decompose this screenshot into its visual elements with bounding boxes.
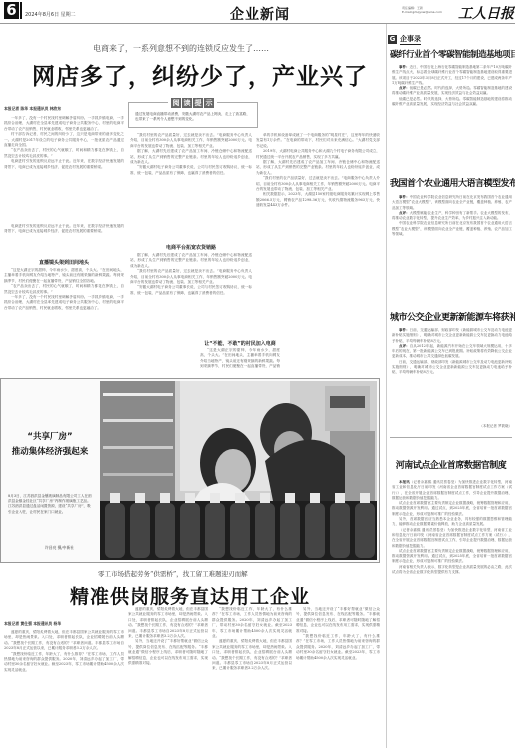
lead-headline: 网店多了，纠纷少了，产业兴了 bbox=[32, 58, 368, 91]
paragraph: 相关数据显示，2023年，大湖县150家村级电商服务站累计实现网上零售额2066… bbox=[256, 192, 380, 208]
paragraph: 日前，交通运输部、财政部印发《新能源城市公交车及动力电池更新补贴实施细则》，明确… bbox=[392, 360, 512, 376]
paragraph: 另外，首席数据官应当熟悉本企业业务，具有较强的数据思维和管理能力，能够推动企业数… bbox=[392, 517, 512, 528]
paragraph: 据了解，大湖村先后建成了农产品加工车间、冷链仓储中心和物流配送站，形成了从生产到… bbox=[256, 160, 380, 176]
second-column-4: 另外，当地还开设了“丰都好帮就业”微信公众号，提供岗位信息发布、在线匹配等服务。… bbox=[296, 607, 380, 748]
paragraph: 村干部告诉记者，村民之间的纠纷少了，这只是电商带来的诸多变化之一。大湖村是201… bbox=[4, 132, 124, 148]
paragraph: 电商进村引发的连锁反应远不止于此。近年来，在数字经济快速发展的背景下，电商已成为… bbox=[4, 159, 124, 170]
paragraph: “我们村里的农产品质量好，过去就是卖不出去。”电商服务中心负责人介绍，目前全村有… bbox=[130, 269, 252, 285]
second-column-1: 盛夏的重庆，骄阳炙烤着大地，但在丰都县国家公共就业服务的零工市场里，却是热闹景象… bbox=[4, 630, 124, 748]
lead-subhead-4: 让“不能、不敢”的村民加入电商 bbox=[200, 340, 280, 347]
paragraph: 另外，当地还开设了“丰都好帮就业”微信公众号，提供岗位信息发布、在线匹配等服务。… bbox=[296, 607, 380, 634]
paragraph: “我们村里的农产品质量好，过去就是卖不出去。”电商服务中心负责人介绍，目前全村有… bbox=[256, 176, 380, 192]
lead-subhead-2: 电商平台拓宽农货销路 bbox=[130, 244, 252, 251]
header-bar-divider bbox=[20, 2, 22, 19]
paragraph: 盛夏的重庆，骄阳炙烤着大地，但在丰都县国家公共就业服务的零工市场里，却是热闹景象… bbox=[212, 639, 292, 671]
header-rule bbox=[0, 23, 515, 24]
guide-char: 提 bbox=[193, 98, 203, 108]
paragraph: 低碳已是必然。时代的选择，大势所趋。零碳智能制造基地的建设将推动碳纤维产业高质量… bbox=[392, 97, 512, 108]
guide-char: 示 bbox=[204, 98, 214, 108]
item-2-headline: 我国首个农业通用大语言模型发布 bbox=[390, 176, 512, 189]
paragraph: “农产品卖出去了，村民的心气就顺了，时间和精力都花在挣钱上，自然没空去计较鸡毛蒜… bbox=[4, 284, 124, 295]
paragraph: 试点企业首席数据官主要负责制定企业数据战略，统筹数据管理和应用，推动数据资源开发… bbox=[392, 501, 512, 517]
paragraph: 试点企业首席数据官主要负责制定企业数据战略，统筹数据管理和应用，推动数据资源开发… bbox=[392, 549, 512, 565]
paragraph: “我想找份临近工作，年龄大了，有什么推荐？”在零工市场，工作人员热情地为前来咨询… bbox=[4, 652, 124, 674]
reading-guide-title: 阅 读 提 示 bbox=[168, 98, 217, 108]
guide-char: 读 bbox=[182, 98, 192, 108]
second-headline: 精准供岗服务直达用工企业 bbox=[70, 582, 310, 609]
page-number: 6 bbox=[4, 2, 19, 19]
caption-title-line: 推动集体经济强起来 bbox=[10, 445, 90, 460]
paragraph: （记者余嘉熙 通讯员蔡卷莹）为加快推进企业数字化转型，河南省工业和信息化厅日前印… bbox=[392, 528, 512, 549]
caption-title-line: “共享厂房” bbox=[10, 430, 90, 445]
item-1-body: 事件：近日，中国石化上海石化零碳智能制造基地第二条年产10万吨碳纤维生产线点火，… bbox=[392, 65, 512, 165]
item-3-credit: （本报记者 罗筱晓） bbox=[392, 424, 512, 429]
event-text: 近日，中国石化上海石化零碳智能制造基地第二条年产10万吨碳纤维生产线点火，标志着… bbox=[392, 65, 512, 85]
photo-credit: 许昌亮 摄/中新社 bbox=[45, 545, 74, 551]
paragraph: “安徽大湖村电子商务公司董事长说，公司与村民签订收购协议，统一标准、统一包装，产… bbox=[130, 285, 252, 296]
paragraph: “我想找份临近工作，年龄大了，有什么推荐？”在零工市场，工作人员热情地为前来咨询… bbox=[296, 634, 380, 661]
paragraph: 事件：日前，交通运输部、财政部印发《新能源城市公交车及动力电池更新补贴实施细则》… bbox=[392, 328, 512, 344]
photo-caption-title: “共享厂房” 推动集体经济强起来 bbox=[10, 430, 90, 460]
editor-info: 责任编辑：王新 E-mail:grbqyxw@sina.com bbox=[402, 6, 442, 14]
paragraph: “我想找份临近工作，年龄大了，有什么推荐？”在零工市场，工作人员热情地为前来咨询… bbox=[212, 607, 292, 639]
event-text: 日前，交通运输部、财政部印发《新能源城市公交车及动力电池更新补贴实施细则》，明确… bbox=[392, 328, 512, 343]
paragraph: 另外，当地还开设了“丰都好帮就业”微信公众号，提供岗位信息发布、在线匹配等服务。… bbox=[128, 639, 208, 666]
lead-byline: 本报记者 陈华 本报通讯员 林欣东 bbox=[4, 106, 61, 112]
publication-date: 2024年8月6日 星期二 bbox=[25, 11, 76, 18]
second-column-3: “我想找份临近工作，年龄大了，有什么推荐？”在零工市场，工作人员热情地为前来咨询… bbox=[212, 607, 292, 748]
g-logo-icon: G bbox=[388, 35, 397, 44]
quanshilu-tag: G 企事录 bbox=[388, 34, 421, 45]
item-4-headline: 河南试点企业首席数据官制度 bbox=[390, 458, 512, 471]
paragraph: “这是大湖正宗的甜柿，今年雨水少，甜度高，个头大。”在田间地头，主播举着手机向网… bbox=[4, 268, 124, 284]
lead-column-2: “我们村里的农产品质量好，过去就是卖不出去。”电商服务中心负责人介绍，目前全村有… bbox=[130, 133, 252, 243]
item-2-body: 事件：中国农业科学院农业信息研究所日前在北京发布我国首个农业通用大语言模型“农业… bbox=[392, 195, 512, 300]
paragraph: 电商进村引发的连锁反应远不止于此。近年来，在数字经济快速发展的背景下，电商已成为… bbox=[4, 224, 124, 235]
newspaper-logo: 工人日报 bbox=[458, 3, 514, 23]
event-text: （记者余嘉熙 通讯员蔡卷莹）为加快推进企业数字化转型，河南省工业和信息化厅日前印… bbox=[392, 480, 512, 500]
paragraph: 一年多了，没有一个村民找村里调解矛盾纠纷。一手抓乡镇电商，一手抓综合治理，大湖村… bbox=[4, 295, 124, 311]
paragraph: 点评：低碳已是必然。时代的选择，大势所趋。零碳智能制造基地的建设将推动碳纤维产业… bbox=[392, 86, 512, 97]
second-byline: 本报记者 黄仕强 本报通讯员 杨华 bbox=[4, 621, 61, 627]
quanshilu-label: 企事录 bbox=[400, 34, 421, 45]
item-3-headline: 城市公交企业更新新能源车将获补贴 bbox=[390, 310, 512, 323]
section-title: 企业新闻 bbox=[230, 4, 290, 24]
lead-kicker: 电商来了，一系列意想不到的连锁反应发生了…… bbox=[93, 43, 269, 54]
workers-photo bbox=[100, 381, 377, 560]
photo-image bbox=[100, 381, 377, 560]
point-text: 低碳已是必然。时代的选择，大势所趋。零碳智能制造基地的建设将推动碳纤维产业高质量… bbox=[392, 86, 512, 95]
point-label: 点评： bbox=[399, 211, 410, 215]
paragraph: 事件：中国农业科学院农业信息研究所日前在北京发布我国首个农业通用大语言模型“农业… bbox=[392, 195, 512, 211]
paragraph: 点评：大模型赋能农业生产，科学种田有了新帮手。农业大模型的发布，将推动农业数字化… bbox=[392, 211, 512, 222]
reading-guide-text: 通过发展电商直播带动消费，安徽大湖村农产品上网卖，走上了致富路，也带来了一系列令… bbox=[135, 112, 253, 122]
item-4-body: 本报讯（记者余嘉熙 通讯员蔡卷莹）为加快推进企业数字化转型，河南省工业和信息化厅… bbox=[392, 480, 512, 748]
paragraph: 盛夏的重庆，骄阳炙烤着大地，但在丰都县国家公共就业服务的零工市场里，却是热闹景象… bbox=[128, 607, 208, 639]
paragraph: 本报讯（记者余嘉熙 通讯员蔡卷莹）为加快推进企业数字化转型，河南省工业和信息化厅… bbox=[392, 480, 512, 501]
editor-email: E-mail:grbqyxw@sina.com bbox=[402, 10, 442, 14]
point-label: 点评： bbox=[399, 344, 410, 348]
event-label: 事件： bbox=[399, 65, 410, 69]
paragraph: 据了解，大湖村先后建成了农产品加工车间、冷链仓储中心和物流配送站，形成了从生产到… bbox=[130, 149, 252, 165]
paragraph: 据了解，大湖村先后建成了农产品加工车间、冷链仓储中心和物流配送站，形成了从生产到… bbox=[130, 253, 252, 269]
lead-column-1: 一年多了，没有一个村民找村里调解矛盾纠纷。一手抓乡镇电商，一手抓综合治理，大湖村… bbox=[4, 116, 124, 223]
item-1-headline: 碳纤行业首个零碳智能制造基地项目点火 bbox=[390, 48, 512, 60]
lead-column-1c: “这是大湖正宗的甜柿，今年雨水少，甜度高，个头大。”在田间地头，主播举着手机向网… bbox=[4, 268, 124, 374]
point-text: 自从2012年起，新能源汽车开始在公交车领域大规模运用，十多年后的现在，第一批新… bbox=[392, 344, 512, 359]
paragraph: “这是大湖正宗的甜柿，今年雨水少，甜度高，个头大。”在田间地头，主播举着手机向网… bbox=[200, 348, 280, 370]
lead-subhead-1: 直播镜头架到田间地头 bbox=[4, 259, 124, 266]
lead-column-3: 单的手机和设备却成就了一个电商服务的“明星村庄”，这里每年的快递收发量有1万余件… bbox=[256, 133, 380, 333]
lead-column-2c: “这是大湖正宗的甜柿，今年雨水少，甜度高，个头大。”在田间地头，主播举着手机向网… bbox=[200, 348, 280, 370]
paragraph: “安徽大湖村电子商务公司董事长说，公司与村民签订收购协议，统一标准、统一包装，产… bbox=[130, 165, 252, 176]
lead-column-1b: 电商进村引发的连锁反应远不止于此。近年来，在数字经济快速发展的背景下，电商已成为… bbox=[4, 224, 124, 256]
event-text: 中国农业科学院农业信息研究所日前在北京发布我国首个农业通用大语言模型“农业大模型… bbox=[392, 195, 512, 210]
paragraph: 事件：近日，中国石化上海石化零碳智能制造基地第二条年产10万吨碳纤维生产线点火，… bbox=[392, 65, 512, 86]
event-label: 本报讯 bbox=[399, 480, 410, 484]
item-3-body: 事件：日前，交通运输部、财政部印发《新能源城市公交车及动力电池更新补贴实施细则》… bbox=[392, 328, 512, 420]
paragraph: 2019年，大湖村电商公共服务中心和大湖九个村电子商务有限公司成立，村民通过统一… bbox=[256, 149, 380, 160]
paragraph: 单的手机和设备却成就了一个电商服务的“明星村庄”，这里每年的快递收发量有1万余件… bbox=[256, 133, 380, 149]
column-divider bbox=[386, 24, 387, 748]
point-text: 大模型赋能农业生产，科学种田有了新帮手。农业大模型的发布，将推动农业数字化转型，… bbox=[392, 211, 512, 220]
event-label: 事件： bbox=[399, 328, 410, 332]
paragraph: 中国农业科学院农业信息研究所日前在北京发布我国首个农业通用大语言模型“农业大模型… bbox=[392, 221, 512, 237]
guide-char: 阅 bbox=[171, 98, 181, 108]
point-label: 点评： bbox=[399, 86, 410, 90]
photo-caption-text: 8月3日，江苏泗洪县金镶玻璃制品有限公司工人在泗洪县金镇金桂社区“共享厂房”内制… bbox=[8, 494, 93, 515]
paragraph: “我们村里的农产品质量好，过去就是卖不出去。”电商服务中心负责人介绍，目前全村有… bbox=[130, 133, 252, 149]
paragraph: “农产品卖出去了，村民的心气就顺了，时间和精力都花在挣钱上，自然没空去计较鸡毛蒜… bbox=[4, 148, 124, 159]
paragraph: 点评：自从2012年起，新能源汽车开始在公交车领域大规模运用，十多年后的现在，第… bbox=[392, 344, 512, 360]
paragraph: 一年多了，没有一个村民找村里调解矛盾纠纷。一手抓乡镇电商，一手抓综合治理，大湖村… bbox=[4, 116, 124, 132]
paragraph: 盛夏的重庆，骄阳炙烤着大地，但在丰都县国家公共就业服务的零工市场里，却是热闹景象… bbox=[4, 630, 124, 652]
second-kicker: 零工市场搭起劳务“供需桥”，找工留工难题迎刃而解 bbox=[98, 569, 248, 578]
event-label: 事件： bbox=[399, 195, 410, 199]
second-column-2: 盛夏的重庆，骄阳炙烤着大地，但在丰都县国家公共就业服务的零工市场里，却是热闹景象… bbox=[128, 607, 208, 748]
paragraph: 河南省相关负责人表示，数字化转型是企业高质量发展的必由之路，此次试点将为全省企业… bbox=[392, 565, 512, 576]
item-divider bbox=[390, 437, 512, 438]
